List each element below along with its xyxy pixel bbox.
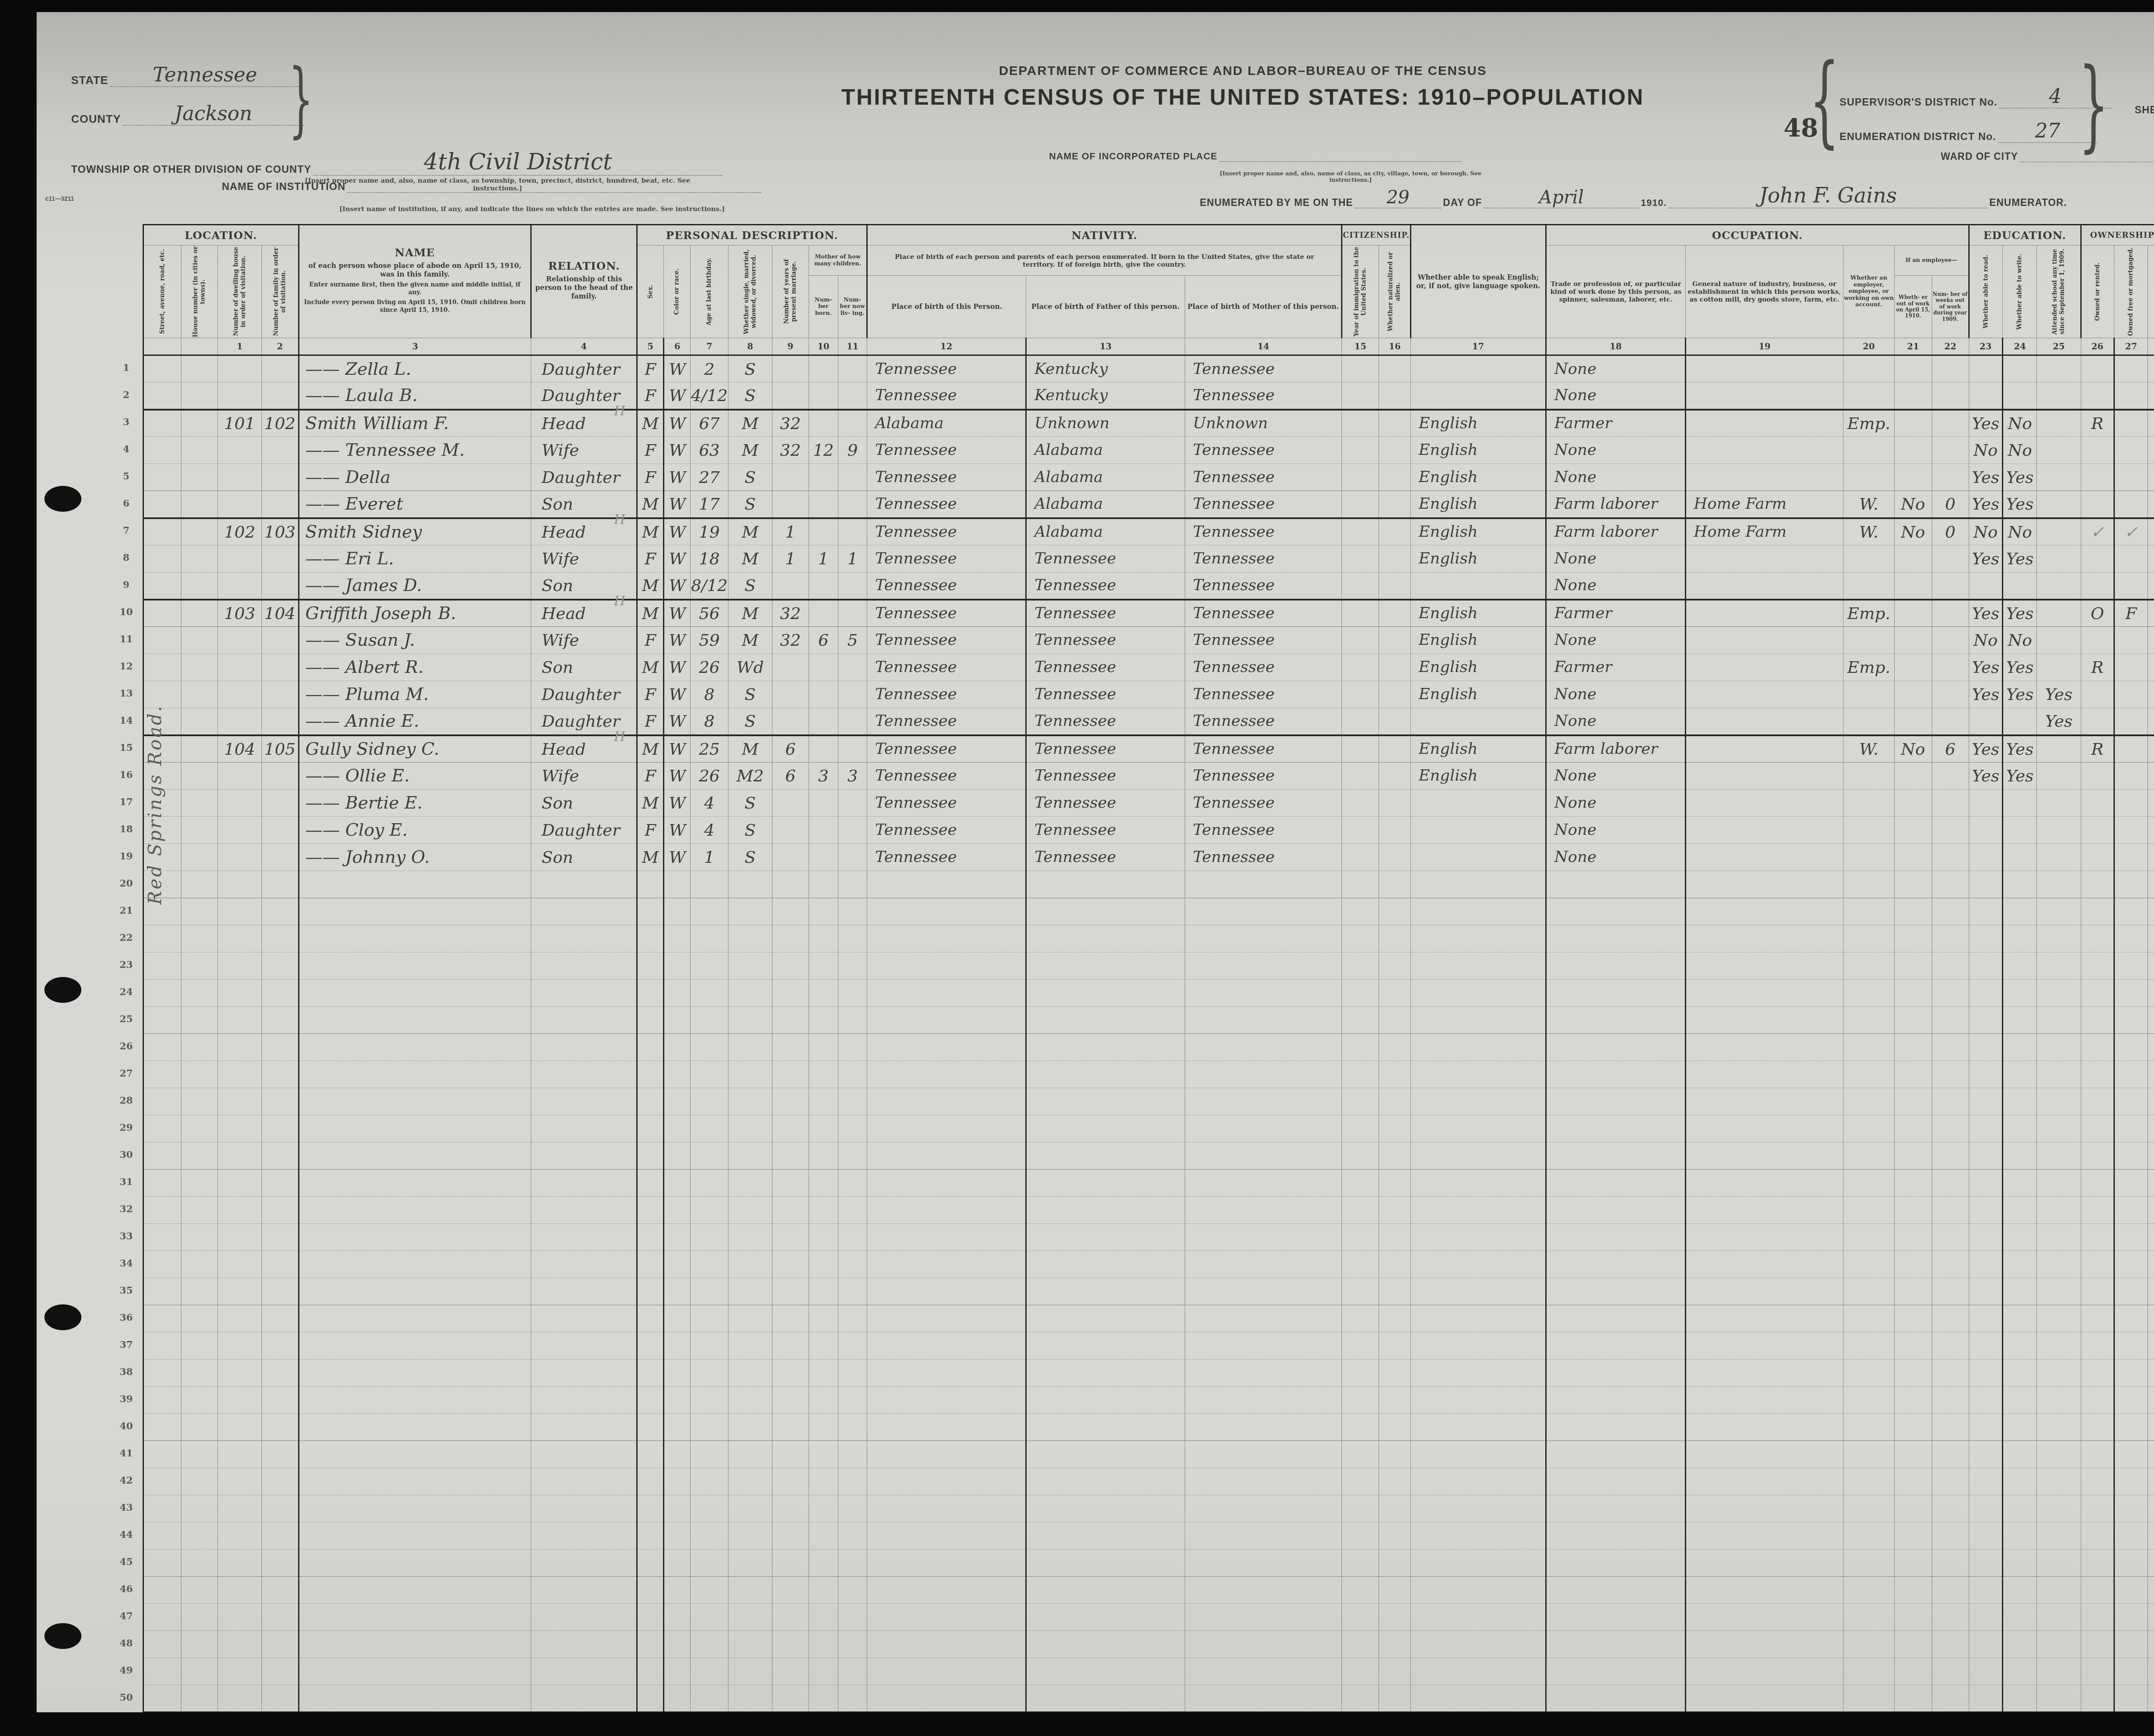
line-number: 9 — [110, 572, 143, 599]
cell-owned — [2081, 464, 2114, 491]
cell-pob: Tennessee — [867, 654, 1026, 681]
cell-outwork — [1894, 1088, 1932, 1115]
cell-industry — [1685, 1577, 1843, 1604]
cell-owned — [2081, 898, 2114, 925]
cell-family — [261, 681, 299, 708]
cell-born — [809, 708, 838, 735]
cell-rel: Wife — [531, 627, 637, 654]
cell-age — [691, 1061, 728, 1088]
cell-house — [181, 383, 218, 410]
cell-dwell: 104 — [218, 735, 262, 762]
cell-pob — [867, 1495, 1026, 1522]
cell-read — [1969, 1197, 2003, 1224]
cell-pobf — [1026, 871, 1185, 898]
cell-living — [838, 1631, 867, 1658]
cell-dwell — [218, 1170, 262, 1197]
cell-family — [261, 1549, 299, 1577]
cell-weeks — [1932, 1305, 1969, 1332]
cell-house — [181, 545, 218, 572]
cell-farmhouse — [2148, 1034, 2154, 1061]
cell-family — [261, 980, 299, 1007]
cell-born — [809, 898, 838, 925]
cell-family: 104 — [261, 600, 299, 627]
cell-outwork — [1894, 1061, 1932, 1088]
cell-dwell — [218, 1495, 262, 1522]
cell-industry — [1685, 410, 1843, 437]
cell-yrs — [772, 1631, 809, 1658]
cell-eng — [1411, 1142, 1546, 1170]
cell-natur — [1379, 1658, 1411, 1685]
cell-yrs — [772, 1224, 809, 1251]
cell-name: Smith Sidney — [299, 518, 531, 545]
cell-freemort — [2114, 1007, 2148, 1034]
cell-industry — [1685, 545, 1843, 572]
cell-yrs — [772, 1061, 809, 1088]
cell-freemort: ✓ — [2114, 518, 2148, 545]
cell-family — [261, 898, 299, 925]
cell-name — [299, 1658, 531, 1685]
cell-natur — [1379, 545, 1411, 572]
cell-trade: None — [1546, 681, 1686, 708]
cell-school — [2037, 1007, 2081, 1034]
cell-trade: None — [1546, 817, 1686, 844]
pencil-note: H — [614, 512, 625, 527]
cell-yrs — [772, 1007, 809, 1034]
cell-age — [691, 1577, 728, 1604]
cell-outwork — [1894, 1197, 1932, 1224]
cell-pob — [867, 952, 1026, 980]
cell-born — [809, 1007, 838, 1034]
cell-color: W — [664, 817, 691, 844]
cell-yrs — [772, 952, 809, 980]
cell-freemort — [2114, 871, 2148, 898]
cell-rel — [531, 1034, 637, 1061]
cell-eng — [1411, 1007, 1546, 1034]
cell-house — [181, 1061, 218, 1088]
cell-street — [143, 1522, 181, 1549]
line-number: 33 — [110, 1223, 143, 1250]
cell-eng — [1411, 1387, 1546, 1414]
table-row — [143, 1522, 2154, 1549]
cell-sex: F — [637, 681, 664, 708]
table-body: —— Zella L.DaughterFW2STennesseeKentucky… — [143, 355, 2154, 1712]
cell-house — [181, 1658, 218, 1685]
cell-mar: S — [728, 355, 772, 383]
cell-sex — [637, 925, 664, 952]
cell-immig — [1342, 1604, 1379, 1631]
cell-dwell: 103 — [218, 600, 262, 627]
cell-yrs: 1 — [772, 518, 809, 545]
cell-pob — [867, 1224, 1026, 1251]
cell-emp — [1843, 1142, 1894, 1170]
cell-write: Yes — [2003, 600, 2037, 627]
column-number: 17 — [1411, 338, 1546, 355]
cell-mar: M — [728, 735, 772, 762]
pencil-note: H — [614, 404, 625, 419]
cell-born — [809, 1224, 838, 1251]
cell-farmhouse — [2148, 545, 2154, 572]
cell-house — [181, 790, 218, 817]
cell-school — [2037, 1170, 2081, 1197]
cell-living — [838, 1034, 867, 1061]
cell-weeks: 0 — [1932, 518, 1969, 545]
cell-pob: Tennessee — [867, 627, 1026, 654]
cell-dwell — [218, 1468, 262, 1495]
cell-name — [299, 1414, 531, 1441]
column-number: 18 — [1546, 338, 1686, 355]
cell-freemort — [2114, 1360, 2148, 1387]
column-number: 25 — [2037, 338, 2081, 355]
cell-emp — [1843, 871, 1894, 898]
cell-sex — [637, 952, 664, 980]
cell-mar: Wd — [728, 654, 772, 681]
cell-color — [664, 1549, 691, 1577]
cell-outwork — [1894, 1034, 1932, 1061]
cell-freemort — [2114, 627, 2148, 654]
cell-living — [838, 1088, 867, 1115]
cell-weeks — [1932, 762, 1969, 790]
cell-dwell — [218, 1685, 262, 1712]
cell-industry — [1685, 1224, 1843, 1251]
cell-living — [838, 410, 867, 437]
cell-color — [664, 980, 691, 1007]
cell-immig — [1342, 1305, 1379, 1332]
cell-farmhouse — [2148, 1387, 2154, 1414]
cell-farmhouse — [2148, 681, 2154, 708]
cell-pobm: Tennessee — [1185, 790, 1342, 817]
cell-natur — [1379, 491, 1411, 518]
cell-dwell — [218, 654, 262, 681]
cell-yrs — [772, 980, 809, 1007]
cell-color: W — [664, 844, 691, 871]
cell-read: Yes — [1969, 545, 2003, 572]
cell-pobf — [1026, 1495, 1185, 1522]
cell-pobf — [1026, 980, 1185, 1007]
cell-freemort — [2114, 1305, 2148, 1332]
cell-weeks — [1932, 1468, 1969, 1495]
cell-farmhouse — [2148, 1251, 2154, 1278]
group-education: EDUCATION. — [1983, 229, 2067, 242]
cell-weeks — [1932, 1088, 1969, 1115]
cell-dwell — [218, 762, 262, 790]
header-free-mortgaged: Owned free or mortgaged. — [2114, 246, 2148, 338]
cell-emp — [1843, 1468, 1894, 1495]
cell-emp — [1843, 545, 1894, 572]
cell-age: 8/12 — [691, 572, 728, 600]
table-row — [143, 1549, 2154, 1577]
cell-street — [143, 1115, 181, 1142]
cell-pobf — [1026, 898, 1185, 925]
cell-street — [143, 437, 181, 464]
table-row — [143, 1305, 2154, 1332]
cell-eng: English — [1411, 681, 1546, 708]
cell-eng: English — [1411, 518, 1546, 545]
cell-pob: Tennessee — [867, 572, 1026, 600]
cell-owned — [2081, 1278, 2114, 1305]
supervisor-label: SUPERVISOR'S DISTRICT No. — [1840, 96, 1997, 108]
cell-owned — [2081, 1115, 2114, 1142]
cell-school — [2037, 654, 2081, 681]
cell-read — [1969, 817, 2003, 844]
cell-natur — [1379, 1387, 1411, 1414]
cell-owned — [2081, 871, 2114, 898]
cell-yrs: 6 — [772, 762, 809, 790]
cell-school — [2037, 1604, 2081, 1631]
cell-owned — [2081, 1468, 2114, 1495]
cell-pob: Tennessee — [867, 491, 1026, 518]
cell-born — [809, 1685, 838, 1712]
cell-house — [181, 980, 218, 1007]
cell-eng — [1411, 925, 1546, 952]
cell-family — [261, 952, 299, 980]
cell-write — [2003, 1577, 2037, 1604]
cell-house — [181, 491, 218, 518]
cell-pobf — [1026, 1197, 1185, 1224]
cell-house — [181, 1224, 218, 1251]
cell-rel: Son — [531, 654, 637, 681]
cell-trade — [1546, 1604, 1686, 1631]
header-immigration: Year of immigration to the United States… — [1342, 246, 1379, 338]
cell-name: Smith William F. — [299, 410, 531, 437]
cell-pobm: Tennessee — [1185, 762, 1342, 790]
cell-emp — [1843, 681, 1894, 708]
cell-eng — [1411, 1658, 1546, 1685]
cell-immig — [1342, 898, 1379, 925]
table-row — [143, 1034, 2154, 1061]
cell-street — [143, 1360, 181, 1387]
cell-living: 3 — [838, 762, 867, 790]
line-number: 7 — [110, 517, 143, 544]
cell-industry — [1685, 1522, 1843, 1549]
cell-pobm — [1185, 1549, 1342, 1577]
cell-color — [664, 1115, 691, 1142]
cell-age — [691, 1658, 728, 1685]
cell-emp: W. — [1843, 518, 1894, 545]
cell-eng — [1411, 355, 1546, 383]
cell-pobm — [1185, 1495, 1342, 1522]
cell-freemort — [2114, 952, 2148, 980]
cell-read — [1969, 1305, 2003, 1332]
cell-eng — [1411, 1115, 1546, 1142]
cell-mar: S — [728, 708, 772, 735]
cell-pob — [867, 1414, 1026, 1441]
cell-eng — [1411, 1061, 1546, 1088]
cell-pobm: Tennessee — [1185, 518, 1342, 545]
cell-mar: M — [728, 627, 772, 654]
cell-owned — [2081, 1034, 2114, 1061]
cell-yrs — [772, 1278, 809, 1305]
cell-read — [1969, 1142, 2003, 1170]
cell-immig — [1342, 383, 1379, 410]
cell-color: W — [664, 437, 691, 464]
cell-owned: R — [2081, 654, 2114, 681]
cell-industry — [1685, 464, 1843, 491]
column-number: 4 — [531, 338, 637, 355]
cell-immig — [1342, 545, 1379, 572]
cell-school — [2037, 1577, 2081, 1604]
cell-color: W — [664, 545, 691, 572]
cell-born — [809, 1034, 838, 1061]
cell-mar: S — [728, 491, 772, 518]
line-number: 42 — [110, 1467, 143, 1494]
cell-write — [2003, 1387, 2037, 1414]
cell-read: Yes — [1969, 654, 2003, 681]
cell-outwork — [1894, 1685, 1932, 1712]
cell-weeks — [1932, 1332, 1969, 1360]
day-of-label: DAY OF — [1443, 197, 1482, 208]
cell-street — [143, 1468, 181, 1495]
cell-write — [2003, 1170, 2037, 1197]
header-marital: Whether single, married, widowed, or div… — [728, 246, 772, 338]
cell-farmhouse — [2148, 1441, 2154, 1468]
cell-weeks — [1932, 1685, 1969, 1712]
cell-yrs — [772, 844, 809, 871]
cell-living — [838, 1224, 867, 1251]
line-number: 26 — [110, 1033, 143, 1060]
cell-immig — [1342, 1387, 1379, 1414]
cell-rel — [531, 1224, 637, 1251]
cell-mar — [728, 1685, 772, 1712]
cell-living — [838, 681, 867, 708]
cell-outwork — [1894, 898, 1932, 925]
cell-house — [181, 464, 218, 491]
cell-pob: Tennessee — [867, 355, 1026, 383]
cell-dwell — [218, 1061, 262, 1088]
line-number: 19 — [110, 843, 143, 870]
cell-owned — [2081, 383, 2114, 410]
cell-weeks — [1932, 1549, 1969, 1577]
cell-natur — [1379, 1224, 1411, 1251]
cell-pob: Tennessee — [867, 762, 1026, 790]
line-number: 37 — [110, 1332, 143, 1359]
cell-emp — [1843, 708, 1894, 735]
cell-name: —— Albert R. — [299, 654, 531, 681]
line-number: 31 — [110, 1169, 143, 1196]
cell-living — [838, 464, 867, 491]
cell-color — [664, 1631, 691, 1658]
table-row: 104105Gully Sidney C.HeadHMW25M6Tennesse… — [143, 735, 2154, 762]
cell-freemort — [2114, 1414, 2148, 1441]
header-school: Attended school any time since September… — [2037, 246, 2081, 338]
cell-name — [299, 1522, 531, 1549]
cell-sex — [637, 1332, 664, 1360]
cell-born — [809, 1305, 838, 1332]
line-number: 16 — [110, 762, 143, 789]
cell-mar — [728, 1088, 772, 1115]
cell-name — [299, 1197, 531, 1224]
cell-write — [2003, 1088, 2037, 1115]
cell-natur — [1379, 762, 1411, 790]
cell-eng: English — [1411, 654, 1546, 681]
cell-natur — [1379, 1088, 1411, 1115]
cell-school — [2037, 1278, 2081, 1305]
cell-rel — [531, 898, 637, 925]
cell-immig — [1342, 410, 1379, 437]
cell-eng — [1411, 1495, 1546, 1522]
cell-eng — [1411, 1631, 1546, 1658]
cell-freemort — [2114, 898, 2148, 925]
enumerator-label: ENUMERATOR. — [1989, 197, 2067, 208]
cell-freemort — [2114, 1495, 2148, 1522]
cell-trade — [1546, 980, 1686, 1007]
cell-weeks: 6 — [1932, 735, 1969, 762]
cell-owned — [2081, 1305, 2114, 1332]
cell-farmhouse — [2148, 1061, 2154, 1088]
cell-sex: M — [637, 790, 664, 817]
cell-outwork — [1894, 383, 1932, 410]
enumerated-year: 1910. — [1641, 197, 1667, 208]
cell-freemort — [2114, 1115, 2148, 1142]
cell-pobm — [1185, 1197, 1342, 1224]
cell-emp — [1843, 1360, 1894, 1387]
cell-pob — [867, 1658, 1026, 1685]
cell-eng: English — [1411, 762, 1546, 790]
cell-industry — [1685, 1658, 1843, 1685]
cell-industry — [1685, 898, 1843, 925]
header-industry: General nature of industry, business, or… — [1685, 246, 1843, 338]
group-nativity: NATIVITY. — [1071, 229, 1137, 242]
cell-living — [838, 572, 867, 600]
cell-name — [299, 1034, 531, 1061]
cell-born — [809, 844, 838, 871]
cell-color: W — [664, 790, 691, 817]
line-number: 11 — [110, 626, 143, 653]
form-code: c11—3211 — [45, 195, 74, 202]
cell-mar: S — [728, 572, 772, 600]
cell-born — [809, 925, 838, 952]
cell-rel — [531, 1170, 637, 1197]
cell-pob: Tennessee — [867, 844, 1026, 871]
cell-pobm — [1185, 1115, 1342, 1142]
table-row — [143, 1468, 2154, 1495]
cell-house — [181, 762, 218, 790]
cell-pobf: Tennessee — [1026, 790, 1185, 817]
cell-born: 6 — [809, 627, 838, 654]
cell-outwork — [1894, 681, 1932, 708]
cell-read — [1969, 572, 2003, 600]
cell-name — [299, 1061, 531, 1088]
cell-yrs: 32 — [772, 437, 809, 464]
cell-age: 26 — [691, 762, 728, 790]
cell-school — [2037, 518, 2081, 545]
cell-rel — [531, 1441, 637, 1468]
cell-sex — [637, 1170, 664, 1197]
cell-freemort — [2114, 1631, 2148, 1658]
cell-rel — [531, 1305, 637, 1332]
cell-street — [143, 1224, 181, 1251]
cell-owned — [2081, 1577, 2114, 1604]
cell-dwell: 101 — [218, 410, 262, 437]
cell-pobf — [1026, 1061, 1185, 1088]
cell-rel: Son — [531, 790, 637, 817]
cell-outwork — [1894, 1278, 1932, 1305]
supervisor-value: 4 — [2049, 84, 2061, 108]
cell-age: 1 — [691, 844, 728, 871]
cell-farmhouse — [2148, 871, 2154, 898]
cell-born — [809, 410, 838, 437]
cell-pobm — [1185, 952, 1342, 980]
cell-living — [838, 654, 867, 681]
cell-owned: O — [2081, 600, 2114, 627]
cell-immig — [1342, 790, 1379, 817]
cell-outwork — [1894, 1549, 1932, 1577]
cell-rel — [531, 1414, 637, 1441]
cell-name: —— Everet — [299, 491, 531, 518]
cell-dwell — [218, 952, 262, 980]
cell-dwell — [218, 817, 262, 844]
cell-industry — [1685, 1332, 1843, 1360]
cell-natur — [1379, 1007, 1411, 1034]
